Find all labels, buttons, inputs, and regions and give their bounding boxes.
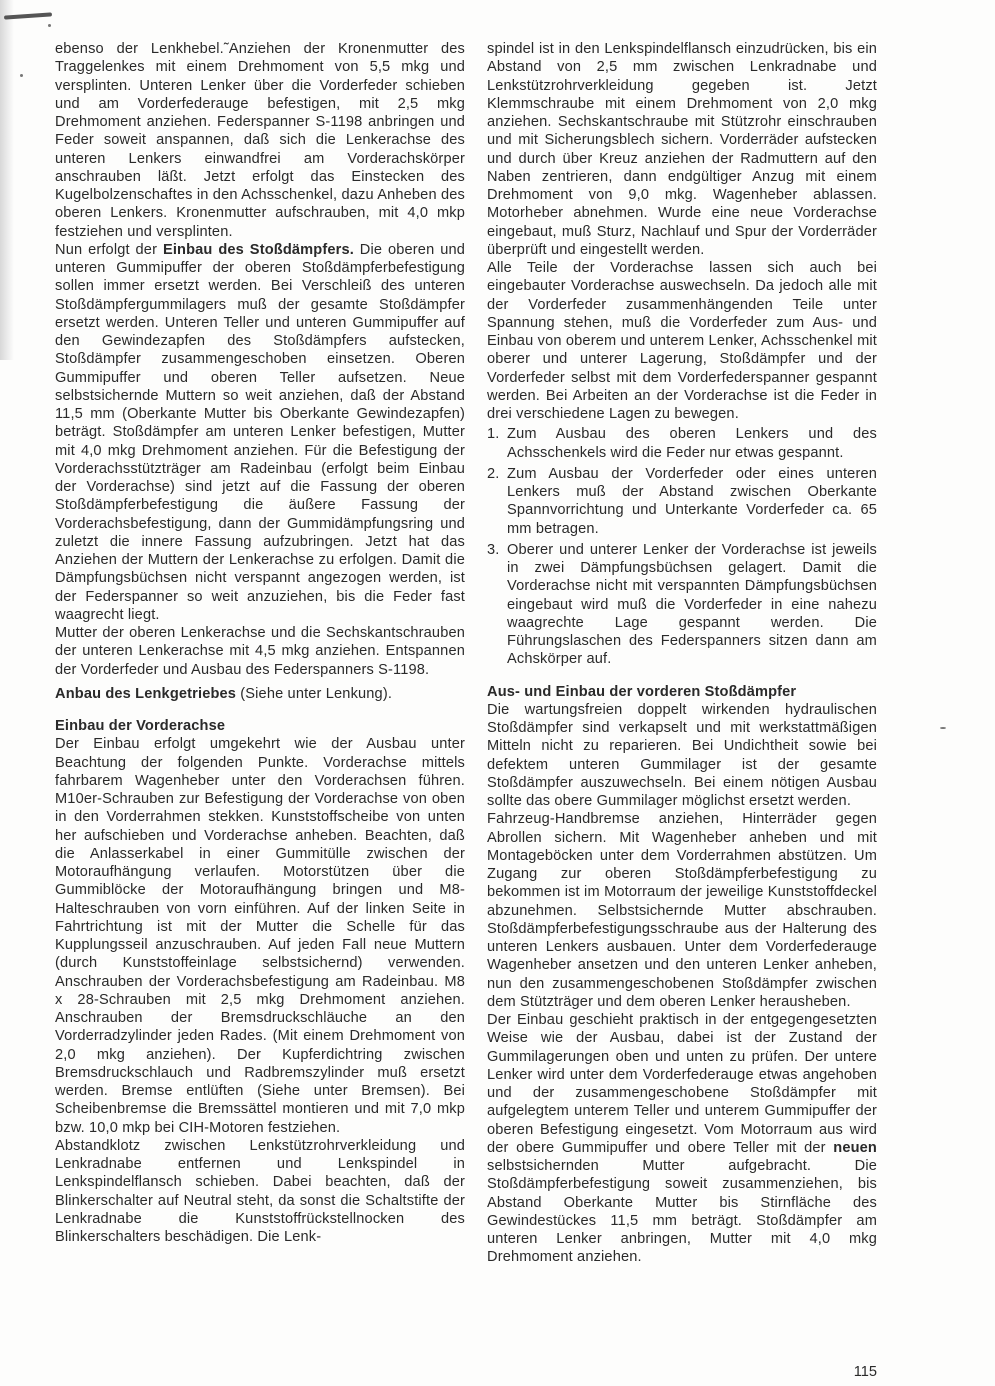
list-number: 1. — [487, 425, 499, 443]
scan-speck — [20, 74, 23, 77]
inline-heading: Einbau des Stoßdämpfers. — [163, 242, 354, 258]
paragraph: ebenso der Lenkhebel.˜Anziehen der Krone… — [55, 40, 465, 241]
paragraph-lenkgetriebe: Anbau des Lenkgetriebes (Siehe unter Len… — [55, 685, 465, 703]
paragraph: Alle Teile der Vorderachse lassen sich a… — [487, 259, 877, 423]
section-heading-einbau-vorderachse: Einbau der Vorderachse — [55, 717, 465, 735]
inline-heading: Anbau des Lenkgetriebes — [55, 686, 236, 702]
list-text: Zum Ausbau des oberen Lenkers und des Ac… — [507, 426, 877, 460]
list-item: 2.Zum Ausbau der Vorderfeder oder eines … — [487, 465, 877, 538]
right-column: spindel ist in den Lenkspindelflansch ei… — [487, 40, 877, 1267]
list-number: 3. — [487, 541, 499, 559]
paragraph: Die wartungsfreien doppelt wirkenden hyd… — [487, 701, 877, 811]
paragraph-stossdaempfer-einbau: Nun erfolgt der Einbau des Stoßdämpfers.… — [55, 241, 465, 624]
text-run: Die oberen und unteren Gummipuffer der o… — [55, 242, 465, 623]
text-run: Nun erfolgt der — [55, 242, 163, 258]
paragraph: Abstandklotz zwischen Lenkstützrohrverkl… — [55, 1137, 465, 1247]
emphasis-neuen: neuen — [833, 1140, 877, 1156]
text-run: selbstsichernden Mutter aufgebracht. Die… — [487, 1158, 877, 1265]
paragraph: Fahrzeug-Handbremse anziehen, Hinterräde… — [487, 810, 877, 1011]
paragraph: Mutter der oberen Lenkerachse und die Se… — [55, 624, 465, 679]
paragraph: Der Einbau erfolgt umgekehrt wie der Aus… — [55, 735, 465, 1137]
list-item: 3.Oberer und unterer Lenker der Vorderac… — [487, 541, 877, 669]
paragraph: spindel ist in den Lenkspindelflansch ei… — [487, 40, 877, 259]
text-run: Der Einbau geschieht praktisch in der en… — [487, 1012, 877, 1156]
paragraph-einbau: Der Einbau geschieht praktisch in der en… — [487, 1011, 877, 1267]
text-run: (Siehe unter Lenkung). — [236, 686, 392, 702]
scan-speck — [940, 727, 946, 729]
page-number: 115 — [854, 1364, 877, 1380]
left-column: ebenso der Lenkhebel.˜Anziehen der Krone… — [55, 40, 465, 1246]
list-text: Zum Ausbau der Vorderfeder oder eines un… — [507, 466, 877, 537]
scan-speck — [48, 24, 51, 27]
list-number: 2. — [487, 465, 499, 483]
list-text: Oberer und unterer Lenker der Vorderachs… — [507, 542, 877, 668]
section-heading-stossdaempfer: Aus- und Einbau der vorderen Stoßdämpfer — [487, 683, 877, 701]
scan-edge-shadow — [0, 0, 14, 360]
numbered-list: 1.Zum Ausbau des oberen Lenkers und des … — [487, 425, 877, 668]
list-item: 1.Zum Ausbau des oberen Lenkers und des … — [487, 425, 877, 462]
